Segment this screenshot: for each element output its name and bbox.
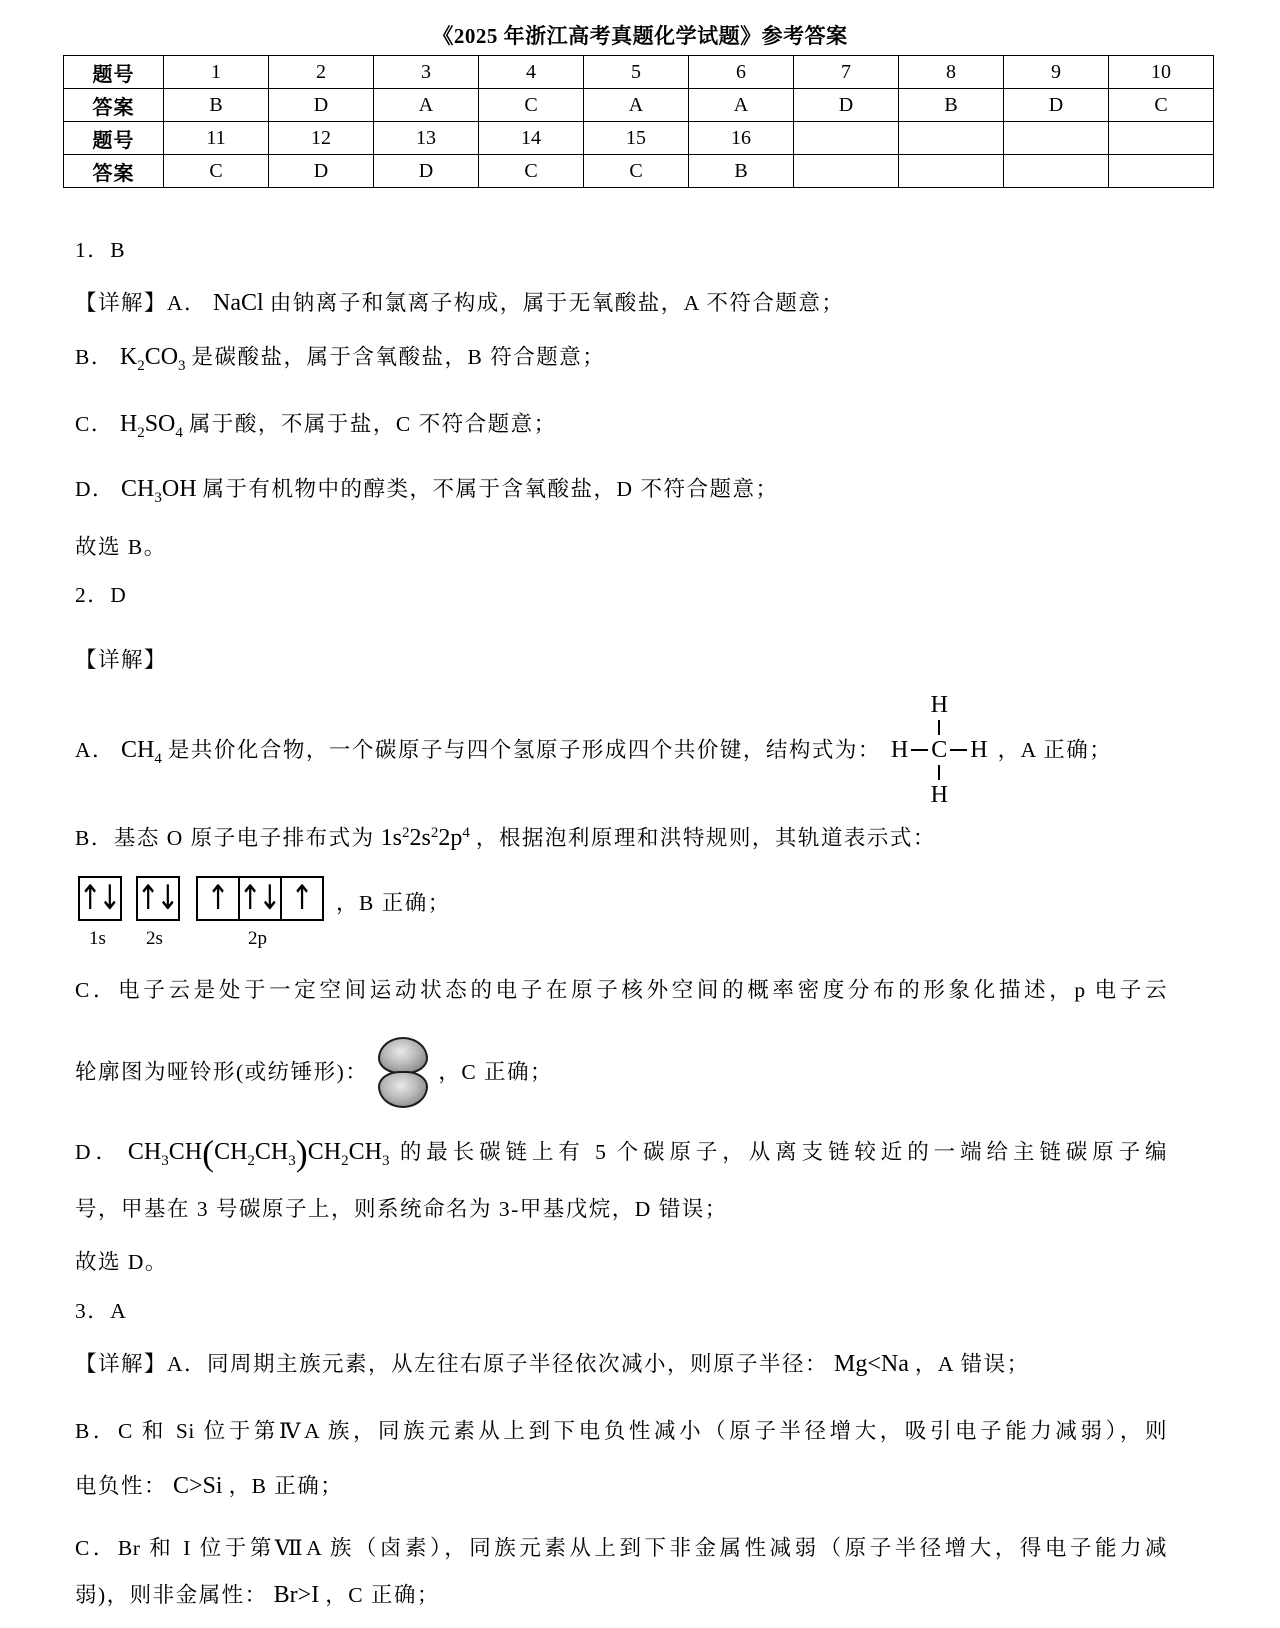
table-cell: B [164, 89, 269, 122]
formula-text: 1s [381, 825, 402, 851]
formula-text: OH [162, 476, 197, 502]
q1-option-d: D．CH3OH属于有机物中的醇类，不属于含氧酸盐，D 不符合题意； [75, 474, 778, 504]
table-cell: A [689, 89, 794, 122]
formula-subscript: 4 [175, 425, 183, 441]
orbital-label-2p: 2p [248, 924, 267, 954]
table-row: 答案 C D D C C B [64, 155, 1214, 188]
spin-arrows-2s: ↑↓ [137, 880, 179, 918]
formula-subscript: 4 [154, 751, 162, 767]
table-row: 题号 11 12 13 14 15 16 [64, 122, 1214, 155]
formula-text: NaCl [213, 290, 264, 316]
formula-superscript: 4 [462, 825, 470, 841]
q1-option-a-pre: 【详解】A． [75, 291, 207, 315]
q2-option-d-text: 的最长碳链上有 5 个碳原子，从离支链较近的一端给主链碳原子编 [395, 1140, 1167, 1164]
q3-option-a-suffix: ，A 错误； [915, 1352, 1030, 1376]
q1-conclusion: 故选 B。 [75, 532, 167, 562]
q2-option-a-suffix: ，A 正确； [998, 735, 1113, 765]
orbital-box-2p-1: ↑ [196, 876, 240, 921]
q3-option-c-line1: C．Br 和 I 位于第ⅦA 族（卤素），同族元素从上到下非金属性减弱（原子半径… [75, 1533, 1167, 1563]
bond-vertical-bottom [938, 765, 940, 780]
electronegativity-comparison-c-si: C>Si [173, 1473, 223, 1499]
table-cell: B [689, 155, 794, 188]
formula-text: 2s [409, 825, 430, 851]
q3-option-a-pre: 【详解】A．同周期主族元素，从左往右原子半径依次减小，则原子半径： [75, 1352, 828, 1376]
q3-option-b-line2: 电负性：C>Si，B 正确； [75, 1471, 343, 1501]
table-cell: 11 [164, 122, 269, 155]
q2-option-b-pre: B．基态 O 原子电子排布式为 [75, 826, 375, 850]
nonmetal-comparison-br-i: Br>I [274, 1582, 320, 1608]
formula-text: Mg<Na [834, 1351, 909, 1377]
formula-text: CH [214, 1139, 247, 1165]
table-cell: C [479, 155, 584, 188]
q2-option-a-pre: A． [75, 735, 115, 765]
formula-text: CH [308, 1139, 341, 1165]
chemical-formula-k2co3: K2CO3 [120, 344, 186, 370]
formula-subscript: 2 [341, 1153, 349, 1169]
answer-key-table: 题号 1 2 3 4 5 6 7 8 9 10 答案 B D A C A A D… [63, 55, 1214, 188]
table-cell: D [1004, 89, 1109, 122]
table-header-cell: 答案 [64, 89, 164, 122]
atom-h-bottom: H [931, 783, 948, 807]
table-cell [1004, 155, 1109, 188]
orbital-label-2s: 2s [146, 924, 163, 954]
formula-parenthesis: ) [296, 1133, 308, 1173]
atom-c-center: C [931, 738, 947, 762]
table-cell: C [479, 89, 584, 122]
formula-subscript: 3 [161, 1153, 169, 1169]
spin-arrow-2p-1: ↑ [207, 880, 230, 918]
electron-configuration: 1s22s22p4 [381, 825, 470, 851]
formula-text: CH [255, 1139, 288, 1165]
formula-subscript: 2 [137, 425, 145, 441]
spin-arrows-2p-2: ↑↓ [239, 880, 281, 918]
q2-option-d-line2: 号，甲基在 3 号碳原子上，则系统命名为 3-甲基戊烷，D 错误； [75, 1194, 728, 1224]
q2-option-a: A．CH4是共价化合物，一个碳原子与四个氢原子形成四个共价键，结构式为： H H… [75, 694, 1112, 806]
q2-option-c-line2: 轮廓图为哑铃形(或纺锤形)： ，C 正确； [75, 1032, 553, 1112]
table-cell [1004, 122, 1109, 155]
q3-option-c-line2-pre: 弱)，则非金属性： [75, 1583, 268, 1607]
chemical-formula-h2so4: H2SO4 [120, 411, 183, 437]
orbital-boxes-row: ↑↓ ↑↓ ↑ ↑↓ ↑ ，B 正确； [78, 876, 451, 921]
table-header-cell: 题号 [64, 122, 164, 155]
formula-text: H [120, 411, 137, 437]
table-cell: C [164, 155, 269, 188]
q2-option-d-line1: D．CH3CH(CH2CH3)CH2CH3的最长碳链上有 5 个碳原子，从离支链… [75, 1133, 1167, 1171]
spin-arrows-1s: ↑↓ [79, 880, 121, 918]
orbital-diagram: ↑↓ ↑↓ ↑ ↑↓ ↑ ，B 正确； 1s 2s 2p [78, 876, 451, 948]
q2-answer-number: 2．D [75, 580, 127, 610]
formula-text: CO [145, 344, 178, 370]
table-cell: 3 [374, 56, 479, 89]
formula-subscript: 3 [288, 1153, 296, 1169]
q3-option-b-line2-suffix: ，B 正确； [229, 1474, 344, 1498]
q3-option-a: 【详解】A．同周期主族元素，从左往右原子半径依次减小，则原子半径：Mg<Na，A… [75, 1349, 1030, 1379]
orbital-box-2s: ↑↓ [136, 876, 180, 921]
p-orbital-lobe-bottom [378, 1071, 428, 1108]
orbital-labels-row: 1s 2s 2p [78, 924, 451, 948]
table-header-cell: 答案 [64, 155, 164, 188]
table-cell: D [794, 89, 899, 122]
orbital-label-1s: 1s [89, 924, 106, 954]
formula-text: CH [349, 1139, 382, 1165]
table-cell [794, 122, 899, 155]
table-cell: C [1109, 89, 1214, 122]
orbital-box-2p-2: ↑↓ [238, 876, 282, 921]
table-cell [794, 155, 899, 188]
table-header-cell: 题号 [64, 56, 164, 89]
q1-option-d-pre: D． [75, 477, 115, 501]
methane-middle-row: H C H [891, 738, 988, 762]
table-cell: D [374, 155, 479, 188]
table-cell: 4 [479, 56, 584, 89]
table-cell: 13 [374, 122, 479, 155]
q2-conclusion: 故选 D。 [75, 1247, 168, 1277]
q1-option-b-text: 是碳酸盐，属于含氧酸盐，B 符合题意； [192, 345, 606, 369]
spin-arrow-2p-3: ↑ [291, 880, 314, 918]
table-cell: 14 [479, 122, 584, 155]
formula-text: K [120, 344, 137, 370]
q1-option-c-text: 属于酸，不属于盐，C 不符合题意； [189, 412, 557, 436]
formula-subscript: 3 [178, 358, 186, 374]
formula-text: CH [121, 737, 154, 763]
bond-horizontal-left [911, 749, 928, 751]
table-cell: 8 [899, 56, 1004, 89]
atom-h-right: H [970, 738, 987, 762]
q2-detail-label: 【详解】 [75, 645, 167, 675]
methane-structure-diagram: H H C H H [891, 693, 988, 807]
q1-option-a-text: 由钠离子和氯离子构成，属于无氧酸盐，A 不符合题意； [270, 291, 845, 315]
table-cell: B [899, 89, 1004, 122]
chemical-formula-ch3oh: CH3OH [121, 476, 197, 502]
q2-option-c-pre: 轮廓图为哑铃形(或纺锤形)： [75, 1057, 368, 1087]
q1-option-d-text: 属于有机物中的醇类，不属于含氧酸盐，D 不符合题意； [203, 477, 779, 501]
q3-option-c-line2-suffix: ，C 正确； [325, 1583, 440, 1607]
formula-subscript: 3 [382, 1153, 390, 1169]
document-page: 《2025 年浙江高考真题化学试题》参考答案 题号 1 2 3 4 5 6 7 … [0, 0, 1280, 1628]
q3-option-b-line1: B．C 和 Si 位于第ⅣA 族，同族元素从上到下电负性减小（原子半径增大，吸引… [75, 1416, 1167, 1446]
chemical-formula-ch4: CH4 [121, 735, 162, 765]
orbital-box-group-2p: ↑ ↑↓ ↑ [196, 876, 324, 921]
q2-option-c-line1: C．电子云是处于一定空间运动状态的电子在原子核外空间的概率密度分布的形象化描述，… [75, 975, 1167, 1005]
table-cell: 1 [164, 56, 269, 89]
orbital-box-2p-3: ↑ [280, 876, 324, 921]
table-cell: D [269, 89, 374, 122]
table-row: 题号 1 2 3 4 5 6 7 8 9 10 [64, 56, 1214, 89]
bond-horizontal-right [950, 749, 967, 751]
q3-option-c-line2: 弱)，则非金属性：Br>I，C 正确； [75, 1580, 440, 1610]
table-cell: 9 [1004, 56, 1109, 89]
p-orbital-lobe-top [378, 1037, 428, 1074]
atom-h-top: H [931, 693, 948, 717]
formula-subscript: 3 [154, 490, 162, 506]
table-cell [899, 155, 1004, 188]
table-cell [1109, 155, 1214, 188]
orbital-box-1s: ↑↓ [78, 876, 122, 921]
formula-text: 2p [438, 825, 462, 851]
table-cell: D [269, 155, 374, 188]
q3-option-b-line2-pre: 电负性： [75, 1474, 167, 1498]
table-cell: C [584, 155, 689, 188]
q2-option-b: B．基态 O 原子电子排布式为1s22s22p4，根据泡利原理和洪特规则，其轨道… [75, 823, 936, 853]
q2-option-a-text: 是共价化合物，一个碳原子与四个氢原子形成四个共价键，结构式为： [168, 735, 881, 765]
radius-comparison-mg-na: Mg<Na [834, 1351, 909, 1377]
table-cell: 2 [269, 56, 374, 89]
q1-option-c: C．H2SO4属于酸，不属于盐，C 不符合题意； [75, 409, 557, 439]
table-row: 答案 B D A C A A D B D C [64, 89, 1214, 122]
formula-text: CH [121, 476, 154, 502]
q1-option-b-pre: B． [75, 345, 114, 369]
table-cell: 6 [689, 56, 794, 89]
table-cell: 5 [584, 56, 689, 89]
table-cell [1109, 122, 1214, 155]
formula-subscript: 2 [137, 358, 145, 374]
table-cell [899, 122, 1004, 155]
formula-text: Br>I [274, 1582, 320, 1608]
table-cell: 12 [269, 122, 374, 155]
q2-option-c-suffix: ，C 正确； [438, 1057, 553, 1087]
q1-option-b: B．K2CO3是碳酸盐，属于含氧酸盐，B 符合题意； [75, 342, 605, 372]
q3-answer-number: 3．A [75, 1296, 127, 1326]
table-cell: 15 [584, 122, 689, 155]
table-cell: 7 [794, 56, 899, 89]
formula-text: CH [169, 1139, 202, 1165]
q2-option-d-pre: D． [75, 1140, 122, 1164]
q1-answer-number: 1．B [75, 235, 126, 265]
chemical-formula-methylpentane: CH3CH(CH2CH3)CH2CH3 [128, 1139, 390, 1165]
table-cell: A [584, 89, 689, 122]
formula-text: C>Si [173, 1473, 223, 1499]
formula-text: CH [128, 1139, 161, 1165]
formula-parenthesis: ( [202, 1133, 214, 1173]
p-orbital-image [378, 1037, 428, 1108]
document-title: 《2025 年浙江高考真题化学试题》参考答案 [0, 20, 1280, 50]
q1-option-c-pre: C． [75, 412, 114, 436]
table-cell: 16 [689, 122, 794, 155]
chemical-formula-nacl: NaCl [213, 290, 264, 316]
table-cell: A [374, 89, 479, 122]
q1-option-a: 【详解】A．NaCl由钠离子和氯离子构成，属于无氧酸盐，A 不符合题意； [75, 288, 844, 318]
bond-vertical-top [938, 720, 940, 735]
atom-h-left: H [891, 738, 908, 762]
table-cell: 10 [1109, 56, 1214, 89]
formula-text: SO [145, 411, 176, 437]
formula-subscript: 2 [247, 1153, 255, 1169]
q2-option-b-verdict: ，B 正确； [336, 888, 451, 921]
q2-option-b-text: ，根据泡利原理和洪特规则，其轨道表示式： [476, 826, 936, 850]
